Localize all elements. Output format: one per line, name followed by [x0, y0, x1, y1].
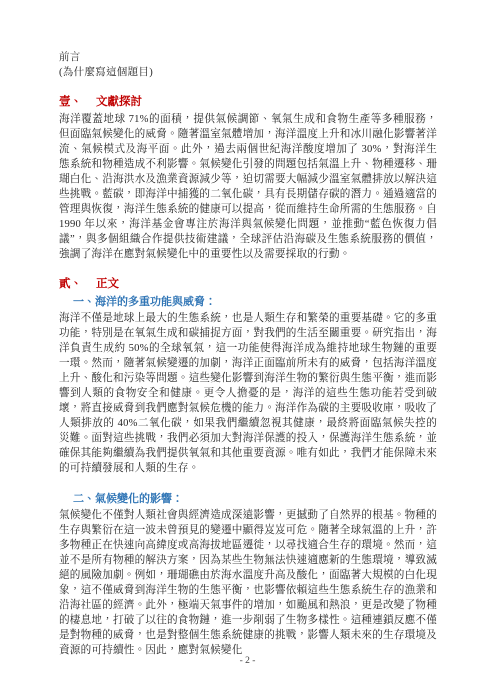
document-page: 前言 (為什麼寫這個題目) 壹、文獻探討 海洋覆蓋地球 71%的面積，提供氣候調… — [0, 0, 495, 700]
literature-review-paragraph: 海洋覆蓋地球 71%的面積，提供氣候調節、氧氣生成和食物生產等多種服務，但面臨氣… — [59, 112, 437, 262]
section-heading-title: 正文 — [96, 278, 119, 290]
section-heading-literature-review: 壹、文獻探討 — [59, 94, 437, 110]
preface-title: 前言 — [59, 50, 437, 65]
page-number: - 2 - — [0, 655, 495, 667]
section-heading-marker: 貳、 — [59, 278, 82, 290]
section-heading-main-text: 貳、正文 — [59, 276, 437, 292]
preface-subtitle: (為什麼寫這個題目) — [59, 65, 437, 80]
subheading-ocean-functions-threats: 一、海洋的多重功能與威脅： — [59, 294, 437, 310]
climate-change-impact-paragraph: 氣候變化不僅對人類社會與經濟造成深遠影響，更撼動了自然界的根基。物種的生存與繁衍… — [59, 508, 437, 658]
section-heading-marker: 壹、 — [59, 96, 82, 108]
ocean-functions-paragraph: 海洋不僅是地球上最大的生態系統，也是人類生存和繁榮的重要基礎。它的多重功能，特別… — [59, 311, 437, 476]
subheading-climate-change-impact: 二、氣候變化的影響： — [59, 491, 437, 507]
section-heading-title: 文獻探討 — [96, 96, 142, 108]
